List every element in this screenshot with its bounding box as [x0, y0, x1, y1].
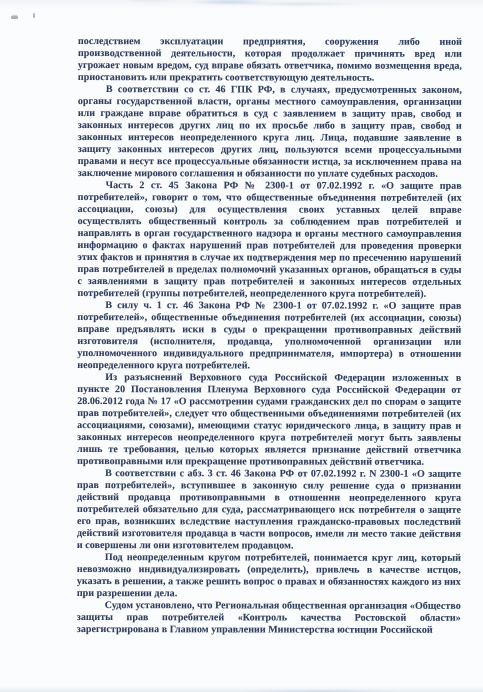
paragraph: В соответствии с абз. 3 ст. 46 Закона РФ… — [77, 468, 461, 553]
pencil-tick-mark-icon — [33, 13, 35, 18]
paragraph-last-truncated: Судом установлено, что Региональная обще… — [77, 600, 461, 637]
paragraph-continuation: последствием эксплуатации предприятия, с… — [78, 36, 462, 85]
scan-edge-noise-bottom — [0, 686, 483, 692]
paragraph: В соответствии со ст. 46 ГПК РФ, в случа… — [78, 84, 462, 181]
document-text-block: последствием эксплуатации предприятия, с… — [77, 36, 462, 637]
paragraph: Часть 2 ст. 45 Закона РФ № 2300-1 от 07.… — [77, 180, 461, 301]
paragraph: В силу ч. 1 ст. 46 Закона РФ № 2300-1 от… — [77, 300, 461, 373]
paragraph: Под неопределенным кругом потребителей, … — [77, 552, 461, 601]
paragraph: Из разъяснений Верховного суда Российско… — [77, 372, 461, 469]
pencil-smudge-mark-icon — [11, 16, 18, 19]
scan-edge-noise-top — [0, 0, 483, 10]
scanned-document-page: последствием эксплуатации предприятия, с… — [0, 0, 483, 692]
